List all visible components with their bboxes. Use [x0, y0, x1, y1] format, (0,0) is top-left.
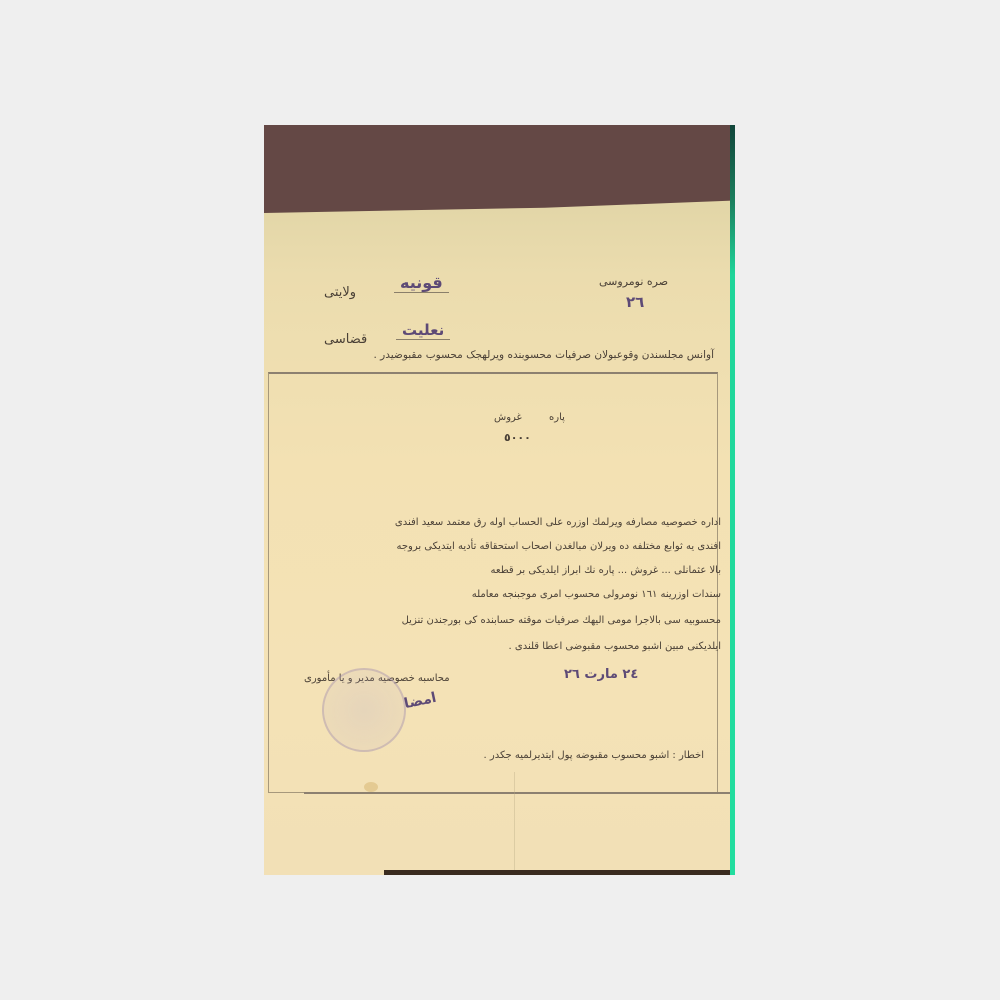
province-filled: قونیه	[394, 273, 449, 293]
paper-stain	[364, 782, 378, 792]
bottom-rule	[304, 792, 732, 794]
kurus-label: غروش	[494, 412, 522, 423]
dark-top-band	[264, 125, 732, 213]
amount-value: ٥٠٠٠	[504, 431, 531, 444]
body-line-3: بالا عثمانلی ... غروش ... پاره نك ابراز …	[276, 565, 721, 576]
district-label: قضاسی	[324, 332, 367, 347]
body-line-2: افندی یه ثوابع مختلفه ده ویرلان مبالغدن …	[276, 541, 721, 552]
handwritten-date: ٢٤ مارت ٢٦	[564, 667, 638, 682]
body-line-4: سندات اوزرینه ١٦١ نومرولی محسوب امری موج…	[276, 589, 721, 600]
official-seal-icon	[322, 668, 406, 752]
district-filled: نعلیت	[396, 321, 450, 340]
page-bottom-edge	[384, 870, 732, 875]
footer-note: اخطار : اشبو محسوب مقبوضه پول ایتدیرلمیه…	[394, 750, 704, 761]
scanned-document-page: صره نومروسی ٢٦ قونیه ولایتی نعلیت قضاسی …	[264, 125, 732, 875]
serial-number-value: ٢٦	[626, 293, 644, 311]
scan-edge-strip	[730, 125, 735, 875]
province-label: ولایتی	[324, 285, 356, 300]
body-line-6: ایلدیکنی مبین اشبو محسوب مقبوضی اعطا قلن…	[276, 641, 721, 652]
body-line-5: محسوبیه سی بالاجرا مومی الیهك صرفیات موق…	[276, 615, 721, 626]
body-line-1: اداره خصوصیه مصارفه ویرلمك اوزره علی الح…	[276, 517, 721, 528]
serial-number-label: صره نومروسی	[599, 275, 668, 288]
para-label: پاره	[549, 412, 565, 423]
intro-line: آوانس مجلسندن وقوعبولان صرفیات محسوبنده …	[274, 349, 714, 361]
paper-fold	[514, 772, 515, 872]
